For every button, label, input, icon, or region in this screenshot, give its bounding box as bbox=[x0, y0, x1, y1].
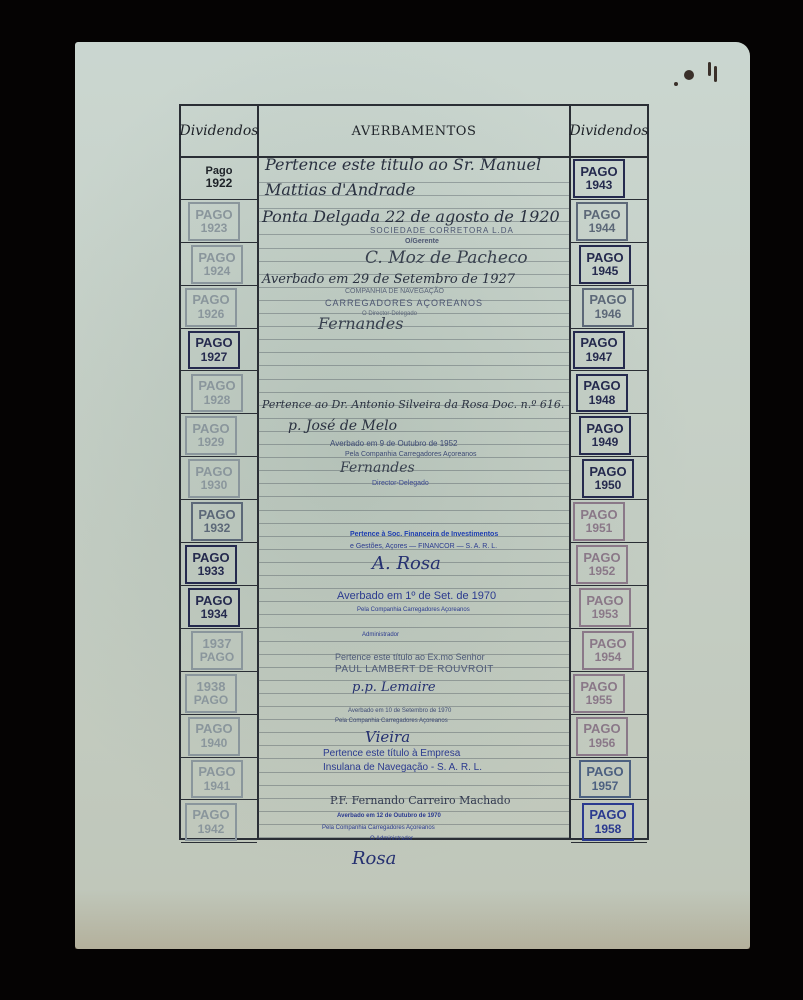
stamp-year: 1929 bbox=[198, 436, 225, 449]
coupon-cell: PAGO1932 bbox=[181, 499, 257, 543]
stamp-label: 1938 bbox=[197, 680, 226, 694]
ruled-line bbox=[258, 352, 570, 353]
ruled-line bbox=[258, 392, 570, 393]
paid-stamp: PAGO1929 bbox=[185, 416, 237, 455]
ruled-line bbox=[258, 641, 570, 642]
coupon-cell: PAGO1958 bbox=[571, 800, 647, 844]
stamp-year: 1923 bbox=[201, 222, 228, 235]
ruled-line bbox=[258, 326, 570, 327]
stamp-label: PAGO bbox=[586, 594, 623, 608]
left-dividend-column: Dividendos Pago1922PAGO1923PAGO1924PAGO1… bbox=[181, 106, 259, 838]
stamp-label: PAGO bbox=[580, 680, 617, 694]
endorsement-4-line-2: e Gestões, Açores — FINANCOR — S. A. R. … bbox=[350, 543, 497, 550]
stamp-label: PAGO bbox=[195, 208, 232, 222]
stamp-year: 1955 bbox=[586, 694, 613, 707]
stamp-year: 1945 bbox=[592, 265, 619, 278]
endorsement-4-stamp-2: Pela Companhia Carregadores Açoreanos bbox=[357, 607, 470, 613]
ruled-line bbox=[258, 510, 570, 511]
stamp-year: 1947 bbox=[586, 351, 613, 364]
endorsement-1-signature: C. Moz de Pacheco bbox=[365, 248, 528, 268]
paid-stamp: PAGO1958 bbox=[582, 803, 634, 842]
ruled-line bbox=[258, 588, 570, 589]
coupon-cell: 1938PAGO bbox=[181, 671, 257, 715]
endorsement-1-line-1: Pertence este titulo ao Sr. Manuel bbox=[265, 155, 541, 174]
endorsement-6-stamp-4: O Administrador bbox=[370, 836, 413, 842]
stamp-year: 1954 bbox=[595, 651, 622, 664]
stamp-year: 1950 bbox=[595, 479, 622, 492]
stamp-year: 1928 bbox=[204, 394, 231, 407]
endorsement-5-line-1: Pertence este título ao Ex.mo Senhor bbox=[335, 652, 485, 662]
paper-stain bbox=[75, 889, 750, 949]
paid-stamp: PAGO1926 bbox=[185, 288, 237, 327]
paid-stamp: PAGO1943 bbox=[573, 159, 625, 198]
stamp-label: PAGO bbox=[192, 551, 229, 565]
stamp-label: PAGO bbox=[580, 336, 617, 350]
coupon-cell: PAGO1929 bbox=[181, 413, 257, 457]
stamp-label: PAGO bbox=[195, 336, 232, 350]
stamp-label: PAGO bbox=[192, 422, 229, 436]
coupon-cell: PAGO1940 bbox=[181, 714, 257, 758]
stamp-year: 1933 bbox=[198, 565, 225, 578]
paid-stamp: PAGO1932 bbox=[191, 502, 243, 541]
paid-stamp: PAGO1933 bbox=[185, 545, 237, 584]
endorsement-6-stamp-2: Averbado em 12 de Outubro de 1970 bbox=[337, 813, 441, 819]
coupon-cell: PAGO1949 bbox=[571, 413, 647, 457]
coupon-cell: PAGO1933 bbox=[181, 542, 257, 586]
coupon-cell: 1937PAGO bbox=[181, 628, 257, 672]
stamp-label: PAGO bbox=[589, 293, 626, 307]
endorsement-5-stamp-2: Averbado em 10 de Setembro de 1970 bbox=[348, 708, 451, 714]
stamp-year: 1941 bbox=[204, 780, 231, 793]
stamp-year: 1922 bbox=[206, 177, 233, 190]
endorsement-2-stamp-1: COMPANHIA DE NAVEGAÇÃO bbox=[345, 288, 444, 295]
right-column-header: Dividendos bbox=[571, 106, 647, 158]
coupon-cell: PAGO1946 bbox=[571, 285, 647, 329]
stamp-year: 1932 bbox=[204, 522, 231, 535]
ruled-line bbox=[258, 706, 570, 707]
coupon-cell: PAGO1930 bbox=[181, 456, 257, 500]
coupon-cell: PAGO1926 bbox=[181, 285, 257, 329]
endorsement-4-stamp-1: Averbado em 1º de Set. de 1970 bbox=[337, 590, 496, 602]
coupon-cell: PAGO1952 bbox=[571, 542, 647, 586]
paid-stamp: PAGO1924 bbox=[191, 245, 243, 284]
stamp-label: PAGO bbox=[586, 251, 623, 265]
paid-stamp: PAGO1951 bbox=[573, 502, 625, 541]
stamp-label: PAGO bbox=[586, 765, 623, 779]
stamp-year: 1951 bbox=[586, 522, 613, 535]
coupon-cell: PAGO1954 bbox=[571, 628, 647, 672]
paid-stamp: PAGO1945 bbox=[579, 245, 631, 284]
right-dividend-column: Dividendos PAGO1943PAGO1944PAGO1945PAGO1… bbox=[569, 106, 647, 838]
coupon-cell: PAGO1944 bbox=[571, 199, 647, 243]
coupon-cell: PAGO1941 bbox=[181, 757, 257, 801]
endorsement-5-signature: Vieira bbox=[365, 728, 410, 746]
endorsement-1-line-2: Mattias d'Andrade bbox=[265, 180, 415, 199]
stamp-year: 1940 bbox=[201, 737, 228, 750]
coupon-cell: PAGO1928 bbox=[181, 371, 257, 415]
stamp-label: PAGO bbox=[198, 765, 235, 779]
endorsement-2-signature: Fernandes bbox=[318, 314, 403, 333]
coupon-cell: PAGO1951 bbox=[571, 499, 647, 543]
endorsement-4-stamp-3: Administrador bbox=[362, 632, 399, 638]
ruled-line bbox=[258, 614, 570, 615]
paid-stamp: PAGO1934 bbox=[188, 588, 240, 627]
stamp-label: PAGO bbox=[198, 251, 235, 265]
endorsement-1-stamp-2: O/Gerente bbox=[405, 238, 439, 245]
ruled-line bbox=[258, 785, 570, 786]
stamp-label: PAGO bbox=[192, 808, 229, 822]
paid-stamp: PAGO1950 bbox=[582, 459, 634, 498]
coupon-cell: PAGO1945 bbox=[571, 242, 647, 286]
stamp-label: PAGO bbox=[589, 465, 626, 479]
endorsement-2-line-1: Averbado em 29 de Setembro de 1927 bbox=[262, 272, 515, 287]
paid-stamp: PAGO1942 bbox=[185, 803, 237, 842]
printed-paid-mark: Pago1922 bbox=[191, 158, 247, 197]
coupon-cell: PAGO1948 bbox=[571, 371, 647, 415]
stamp-year: 1949 bbox=[592, 436, 619, 449]
paid-stamp: PAGO1956 bbox=[576, 717, 628, 756]
coupon-cell: PAGO1953 bbox=[571, 585, 647, 629]
ruled-line bbox=[258, 523, 570, 524]
stamp-label: PAGO bbox=[198, 379, 235, 393]
endorsement-5-stamp-3: Pela Companhia Carregadores Açoreanos bbox=[335, 718, 448, 724]
endorsement-1-stamp-1: SOCIEDADE CORRETORA L.DA bbox=[370, 226, 514, 235]
paid-stamp: PAGO1957 bbox=[579, 760, 631, 799]
stamp-label: PAGO bbox=[192, 293, 229, 307]
paid-stamp: PAGO1923 bbox=[188, 202, 240, 241]
stamp-year: 1944 bbox=[589, 222, 616, 235]
coupon-cell: PAGO1956 bbox=[571, 714, 647, 758]
stamp-label: PAGO bbox=[580, 165, 617, 179]
stamp-year: 1943 bbox=[586, 179, 613, 192]
ruled-line bbox=[258, 837, 570, 838]
paid-stamp: 1938PAGO bbox=[185, 674, 237, 713]
ruled-line bbox=[258, 339, 570, 340]
paid-stamp: PAGO1948 bbox=[576, 374, 628, 413]
stamp-year: 1924 bbox=[204, 265, 231, 278]
stamp-year: 1952 bbox=[589, 565, 616, 578]
stamp-year: 1958 bbox=[595, 823, 622, 836]
stamp-year: 1946 bbox=[595, 308, 622, 321]
paid-stamp: 1937PAGO bbox=[191, 631, 243, 670]
coupon-cell: PAGO1950 bbox=[571, 456, 647, 500]
stamp-year: PAGO bbox=[200, 651, 234, 664]
endorsement-1-line-3: Ponta Delgada 22 de agosto de 1920 bbox=[262, 207, 560, 226]
endorsement-4-signature: A. Rosa bbox=[372, 553, 441, 574]
endorsement-3-line-2: p. José de Melo bbox=[288, 418, 397, 434]
coupon-cell: PAGO1943 bbox=[571, 156, 647, 200]
endorsement-5-line-2: PAUL LAMBERT DE ROUVROIT bbox=[335, 664, 494, 675]
paid-stamp: PAGO1944 bbox=[576, 202, 628, 241]
paid-stamp: PAGO1954 bbox=[582, 631, 634, 670]
endorsement-6-line-1: Pertence este título à Empresa bbox=[323, 748, 460, 759]
stamp-label: PAGO bbox=[580, 508, 617, 522]
endorsement-5-stamp-1: p.p. Lemaire bbox=[352, 680, 436, 695]
ruled-line bbox=[258, 811, 570, 812]
ruled-line bbox=[258, 575, 570, 576]
coupon-cell: PAGO1927 bbox=[181, 328, 257, 372]
endorsement-6-signature: Rosa bbox=[352, 848, 396, 869]
stamp-year: 1927 bbox=[201, 351, 228, 364]
stamp-label: PAGO bbox=[589, 808, 626, 822]
stamp-year: 1953 bbox=[592, 608, 619, 621]
endorsements-header: AVERBAMENTOS bbox=[258, 106, 570, 158]
stamp-label: PAGO bbox=[195, 594, 232, 608]
punch-holes bbox=[680, 62, 720, 92]
stamp-label: PAGO bbox=[195, 465, 232, 479]
ruled-line bbox=[258, 745, 570, 746]
left-column-header: Dividendos bbox=[181, 106, 257, 158]
endorsement-3-signature: Fernandes bbox=[340, 460, 415, 476]
coupon-cell: PAGO1955 bbox=[571, 671, 647, 715]
endorsement-3-stamp-2: Pela Companhia Carregadores Açoreanos bbox=[345, 451, 477, 458]
stamp-label: PAGO bbox=[195, 722, 232, 736]
endorsement-3-stamp-1: Averbado em 9 de Outubro de 1952 bbox=[330, 439, 458, 448]
stamp-year: 1926 bbox=[198, 308, 225, 321]
stamp-label: PAGO bbox=[586, 422, 623, 436]
stamp-year: 1957 bbox=[592, 780, 619, 793]
coupon-cell: PAGO1947 bbox=[571, 328, 647, 372]
stamp-year: PAGO bbox=[194, 694, 228, 707]
paid-stamp: PAGO1955 bbox=[573, 674, 625, 713]
endorsement-6-line-2: Insulana de Navegação - S. A. R. L. bbox=[323, 762, 482, 773]
stamp-year: 1930 bbox=[201, 479, 228, 492]
paid-stamp: PAGO1947 bbox=[573, 331, 625, 370]
ruled-line bbox=[258, 379, 570, 380]
endorsement-4-line-1: Pertence à Soc. Financeira de Investimen… bbox=[350, 531, 498, 538]
paid-stamp: PAGO1952 bbox=[576, 545, 628, 584]
coupon-cell: Pago1922 bbox=[181, 156, 257, 200]
endorsement-6-stamp-1: P.F. Fernando Carreiro Machado bbox=[330, 794, 510, 807]
stamp-year: 1956 bbox=[589, 737, 616, 750]
stamp-label: PAGO bbox=[589, 637, 626, 651]
stamp-label: PAGO bbox=[583, 722, 620, 736]
stamp-label: PAGO bbox=[583, 379, 620, 393]
ruled-line bbox=[258, 627, 570, 628]
stamp-year: 1934 bbox=[201, 608, 228, 621]
ruled-line bbox=[258, 365, 570, 366]
paid-stamp: PAGO1940 bbox=[188, 717, 240, 756]
paid-stamp: PAGO1946 bbox=[582, 288, 634, 327]
paid-stamp: PAGO1949 bbox=[579, 416, 631, 455]
endorsement-3-stamp-3: Director-Delegado bbox=[372, 480, 429, 487]
coupon-cell: PAGO1924 bbox=[181, 242, 257, 286]
coupon-cell: PAGO1934 bbox=[181, 585, 257, 629]
ruled-line bbox=[258, 496, 570, 497]
endorsement-6-stamp-3: Pela Companhia Carregadores Açoreanos bbox=[322, 825, 435, 831]
paid-stamp: PAGO1941 bbox=[191, 760, 243, 799]
stamp-label: PAGO bbox=[583, 551, 620, 565]
coupon-cell: PAGO1957 bbox=[571, 757, 647, 801]
stamp-year: 1948 bbox=[589, 394, 616, 407]
coupon-cell: PAGO1942 bbox=[181, 800, 257, 844]
paid-stamp: PAGO1953 bbox=[579, 588, 631, 627]
paid-stamp: PAGO1927 bbox=[188, 331, 240, 370]
paid-stamp: PAGO1928 bbox=[191, 374, 243, 413]
coupon-cell: PAGO1923 bbox=[181, 199, 257, 243]
endorsement-3-line-1: Pertence ao Dr. Antonio Silveira da Rosa… bbox=[262, 398, 564, 411]
stamp-label: PAGO bbox=[583, 208, 620, 222]
paid-stamp: PAGO1930 bbox=[188, 459, 240, 498]
endorsement-2-stamp-2: CARREGADORES AÇOREANOS bbox=[325, 298, 483, 308]
ruled-line bbox=[258, 732, 570, 733]
stamp-label: PAGO bbox=[198, 508, 235, 522]
stamp-year: 1942 bbox=[198, 823, 225, 836]
stamp-label: 1937 bbox=[203, 637, 232, 651]
